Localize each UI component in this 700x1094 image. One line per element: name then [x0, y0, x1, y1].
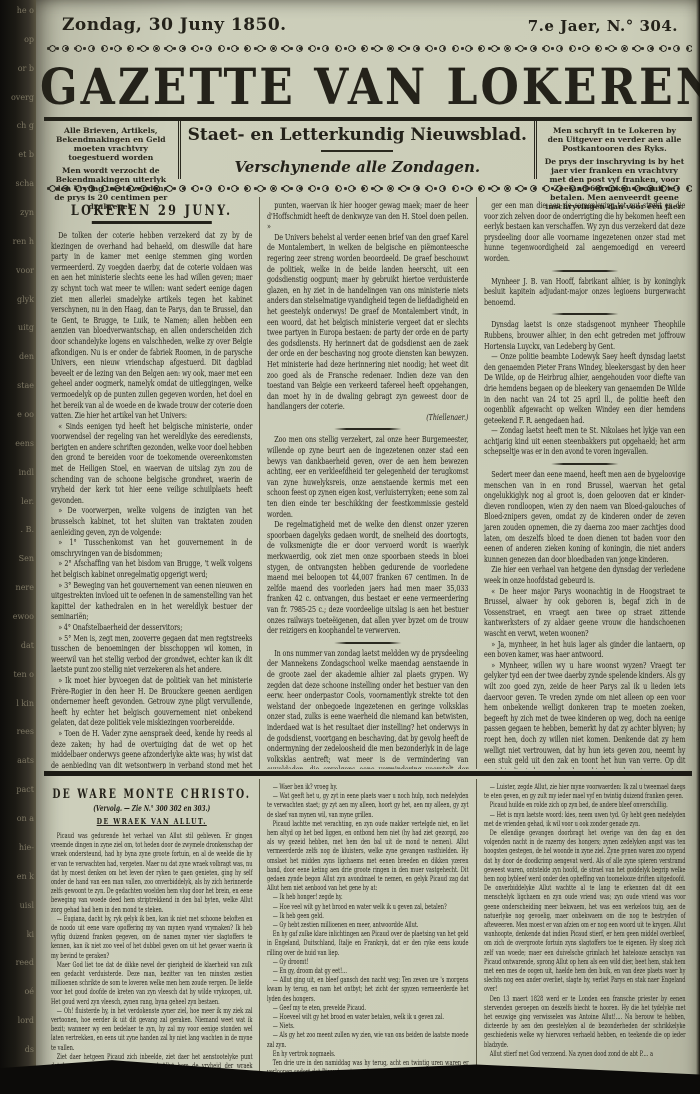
header-row: Zondag, 30 Juny 1850. 7.e Jaer, N.° 304. — [36, 0, 700, 39]
paragraph: » 3° Beweging van het gouvernement van e… — [51, 581, 252, 623]
divider-rule — [321, 150, 393, 152]
paragraph: » Mynheer, willen wy u hare woonst wyzen… — [484, 661, 685, 769]
adjacent-page-fragments: he oopor bovergch get bschazynren hvoorg… — [0, 6, 34, 1054]
page-fragment: ten o — [14, 670, 34, 679]
paragraph: — Ik heb geen geld. — [267, 912, 468, 921]
separator-rule — [551, 313, 618, 315]
paragraph: — Als gy het zoo meent zullen wy zien, w… — [267, 1031, 468, 1049]
ornament-border-top — [44, 42, 692, 55]
paragraph: In ons nummer van zondag laetst meldden … — [267, 649, 468, 769]
paragraph: Dynsdag laetst is onze stadsgenoot mynhe… — [484, 320, 685, 352]
book-gutter-edge: he oopor bovergch get bschazynren hvoorg… — [0, 0, 36, 1094]
page-fragment: scha — [15, 179, 34, 188]
separator-rule — [334, 642, 401, 644]
paragraph: — Waer ben ik? vroeg hy. — [267, 783, 468, 792]
page-fragment: . B. — [20, 525, 34, 534]
feuilleton-continuation-note: (Vervolg. — Zie N.° 300 302 en 303.) — [51, 803, 252, 813]
masthead: Alle Brieven, Artikels, Bekendmakingen e… — [44, 117, 692, 179]
page-fragment: or b — [18, 64, 34, 73]
paragraph: — Eugiana, dacht hy, ryk gelyk ik ben, k… — [51, 915, 252, 961]
paragraph: — Geef my te eten, prevelde Picaud. — [267, 1004, 468, 1013]
paragraph: — Luister, zegde Allut, zie hier myne vo… — [484, 783, 685, 801]
heading-rule — [92, 221, 212, 224]
page-fragment: den — [19, 352, 34, 361]
page-fragment: indl — [19, 468, 34, 477]
page-fragment: rees — [17, 727, 34, 736]
page-fragment: stae — [17, 381, 34, 390]
paragraph: — Onze politie beambte Lodewyk Saey heef… — [484, 352, 685, 426]
publication-schedule: Verschynende alle Zondagen. — [234, 158, 480, 176]
page-fragment: e oo — [17, 410, 34, 419]
paragraph: — Oh! fluisterde hy, in het verdokenste … — [51, 1007, 252, 1053]
paragraph: Mynheer J. B. van Hooff, fabrikant alhie… — [484, 277, 685, 309]
paragraph: » Ik moet hier byvoegen dat de politiek … — [51, 676, 252, 729]
paragraph: — Gy droomt! — [267, 958, 468, 967]
page-fragment: l kin — [16, 699, 34, 708]
newspaper-subtitle: Staet- en Letterkundig Nieuwsblad. — [188, 126, 527, 144]
paragraph: Zie hier een verhael van hetgene den dyn… — [484, 565, 685, 586]
separator-rule — [551, 463, 618, 465]
scan-right-edge — [696, 0, 700, 1094]
news-column-2: punten, waervan ik hier hooger gewag mae… — [259, 197, 475, 769]
feuilleton-column-3: — Luister, zegde Allut, zie hier myne vo… — [476, 779, 692, 1079]
masthead-center-cell: Staet- en Letterkundig Nieuwsblad. Versc… — [178, 121, 537, 179]
page-fragment: et b — [18, 150, 34, 159]
news-column-3-text: ger een man die aen de samenleving tot n… — [484, 201, 685, 769]
paragraph: Den 13 maert 1828 werd er te Londen een … — [484, 995, 685, 1050]
news-column-1: LOKEREN 29 JUNY. De tolken der coterie h… — [44, 197, 259, 769]
paragraph: Sedert meer dan eene maend, heeft men ae… — [484, 470, 685, 565]
page-fragment: oé — [24, 987, 34, 996]
paragraph: — Niets. — [267, 1022, 468, 1031]
paragraph: » 1° Tusschenkomst van het gouvernement … — [51, 538, 252, 559]
paragraph: — Allut ging uit, en bleef gansch den na… — [267, 976, 468, 1004]
subscription-notice: Men schryft in te Lokeren by den Uitgeve… — [544, 126, 685, 153]
paragraph: De tolken der coterie hebben verzekerd d… — [51, 231, 252, 422]
masthead-right-cell: Men schryft in te Lokeren by den Uitgeve… — [537, 121, 692, 179]
page-fragment: pact — [16, 785, 34, 794]
page-fragment: eens — [15, 439, 34, 448]
page-fragment: nere — [16, 583, 34, 592]
paragraph: » 5° Men is, zegt men, zooverre gegaen d… — [51, 634, 252, 676]
page-fragment: reed — [16, 958, 34, 967]
paragraph: » Toen de H. Vader zyne aenspraek deed, … — [51, 729, 252, 769]
page-fragment: ch g — [17, 121, 34, 130]
issue-number: 7.e Jaer, N.° 304. — [528, 17, 678, 35]
page-fragment: zyn — [20, 208, 34, 217]
paragraph: — Gy hebt zestien millioenen en meer, an… — [267, 921, 468, 930]
page-fragment: ki — [27, 930, 34, 939]
page-fragment: ewoo — [13, 612, 34, 621]
newspaper-page: Zondag, 30 Juny 1850. 7.e Jaer, N.° 304.… — [36, 0, 700, 1094]
paragraph: — En gy, droom dat gy eet!... — [267, 967, 468, 976]
news-column-3: ger een man die aen de samenleving tot n… — [476, 197, 692, 769]
paragraph: — Wat geeft het u, gy zyt in eene plaets… — [267, 792, 468, 820]
submission-notice: Alle Brieven, Artikels, Bekendmakingen e… — [51, 126, 171, 162]
paragraph: Zoo men ons stellig verzekert, zal onze … — [267, 435, 468, 520]
page-fragment: uisl — [20, 901, 34, 910]
paragraph: Maer God liet toe dat de dikke nevel der… — [51, 961, 252, 1007]
feuilleton-column-2: — Waer ben ik? vroeg hy.— Wat geeft het … — [259, 779, 475, 1079]
paragraph: » De voorwerpen, welke volgens de inzigt… — [51, 506, 252, 538]
paragraph: (Thiellenaer.) — [267, 413, 468, 424]
paragraph: De regelmatigheid met de welke den diens… — [267, 520, 468, 637]
news-column-1-text: De tolken der coterie hebben verzekerd d… — [51, 231, 252, 769]
page-fragment: on a — [17, 814, 34, 823]
paragraph: « De heer major Parys woonachtig in de H… — [484, 587, 685, 640]
separator-rule — [551, 270, 618, 272]
page-fragment: aats — [17, 756, 34, 765]
paragraph: » 4° Onafstelbaerheid der desservitors; — [51, 623, 252, 634]
dateline-heading: LOKEREN 29 JUNY. — [51, 203, 252, 219]
feuilleton-column-3-text: — Luister, zegde Allut, zie hier myne vo… — [484, 783, 685, 1059]
page-fragment: glyk — [17, 295, 34, 304]
page-fragment: Sen — [19, 554, 34, 563]
page-fragment: uitg — [18, 323, 34, 332]
feuilleton-divider-bar — [44, 771, 692, 776]
news-column-2-text: punten, waervan ik hier hooger gewag mae… — [267, 201, 468, 769]
page-fragment: en k — [17, 872, 34, 881]
page-fragment: dat — [21, 641, 34, 650]
news-section: LOKEREN 29 JUNY. De tolken der coterie h… — [44, 197, 692, 769]
date-line: Zondag, 30 Juny 1850. — [62, 15, 287, 35]
paragraph: En hy gaf zulke klare inlichtingen aen P… — [267, 930, 468, 958]
feuilleton-title: DE WARE MONTE CHRISTO. — [51, 787, 252, 802]
paragraph: En hy vertrok nogmaels. — [267, 1050, 468, 1059]
feuilleton-section: DE WARE MONTE CHRISTO. (Vervolg. — Zie N… — [44, 779, 692, 1079]
masthead-left-cell: Alle Brieven, Artikels, Bekendmakingen e… — [44, 121, 178, 179]
paragraph: » Ja, mynheer, in het huis lager als gin… — [484, 640, 685, 661]
paragraph: ger een man die aen de samenleving tot n… — [484, 201, 685, 265]
paragraph: — Het is myn laetste woord: kies, neem u… — [484, 811, 685, 829]
paragraph: Picaud lachtte met verachting, en zyn ou… — [267, 820, 468, 894]
page-fragment: ren h — [13, 237, 34, 246]
page-fragment: ds — [25, 1045, 34, 1054]
paragraph: — Zondag laetst heeft men te St. Nikolae… — [484, 426, 685, 458]
paragraph: De ellendige gevangen doorbragt het over… — [484, 829, 685, 995]
paragraph: Picaud huilde en rolde zich op zyn bed, … — [484, 801, 685, 810]
page-fragment: he o — [17, 6, 34, 15]
paragraph: — Hoeveel wilt gy het brood en water bet… — [267, 1013, 468, 1022]
page-fragment: hie- — [19, 843, 34, 852]
page-fragment: voor — [16, 266, 34, 275]
feuilleton-column-2-text: — Waer ben ik? vroeg hy.— Wat geeft het … — [267, 783, 468, 1079]
paragraph: punten, waervan ik hier hooger gewag mae… — [267, 201, 468, 233]
separator-rule — [334, 428, 401, 430]
newspaper-title: GAZETTE VAN LOKEREN. — [40, 57, 696, 120]
feuilleton-column-1: DE WARE MONTE CHRISTO. (Vervolg. — Zie N… — [44, 779, 259, 1079]
page-fragment: op — [24, 35, 34, 44]
paragraph: Picaud was gedurende het verhael van All… — [51, 832, 252, 915]
page-fragment: ler. — [21, 497, 34, 506]
feuilleton-chapter-title: DE WRAEK VAN ALLUT. — [51, 817, 252, 827]
paragraph: — Hoe veel wilt gy het brood en water we… — [267, 903, 468, 912]
paragraph: De Univers behelst al verder eenen brief… — [267, 233, 468, 413]
paragraph: Allut stierf met God verzoend. Na zynen … — [484, 1050, 685, 1059]
feuilleton-column-1-text: Picaud was gedurende het verhael van All… — [51, 832, 252, 1079]
paragraph: » 2° Afschaffing van het bisdom van Brug… — [51, 559, 252, 580]
page-fragment: lord — [18, 1016, 34, 1025]
paragraph: « Sinds eenigen tyd heeft het belgische … — [51, 422, 252, 507]
page-fragment: overg — [11, 93, 34, 102]
paragraph: — Ik heb honger! zegde hy. — [267, 893, 468, 902]
newspaper-scan: he oopor bovergch get bschazynren hvoorg… — [0, 0, 700, 1094]
